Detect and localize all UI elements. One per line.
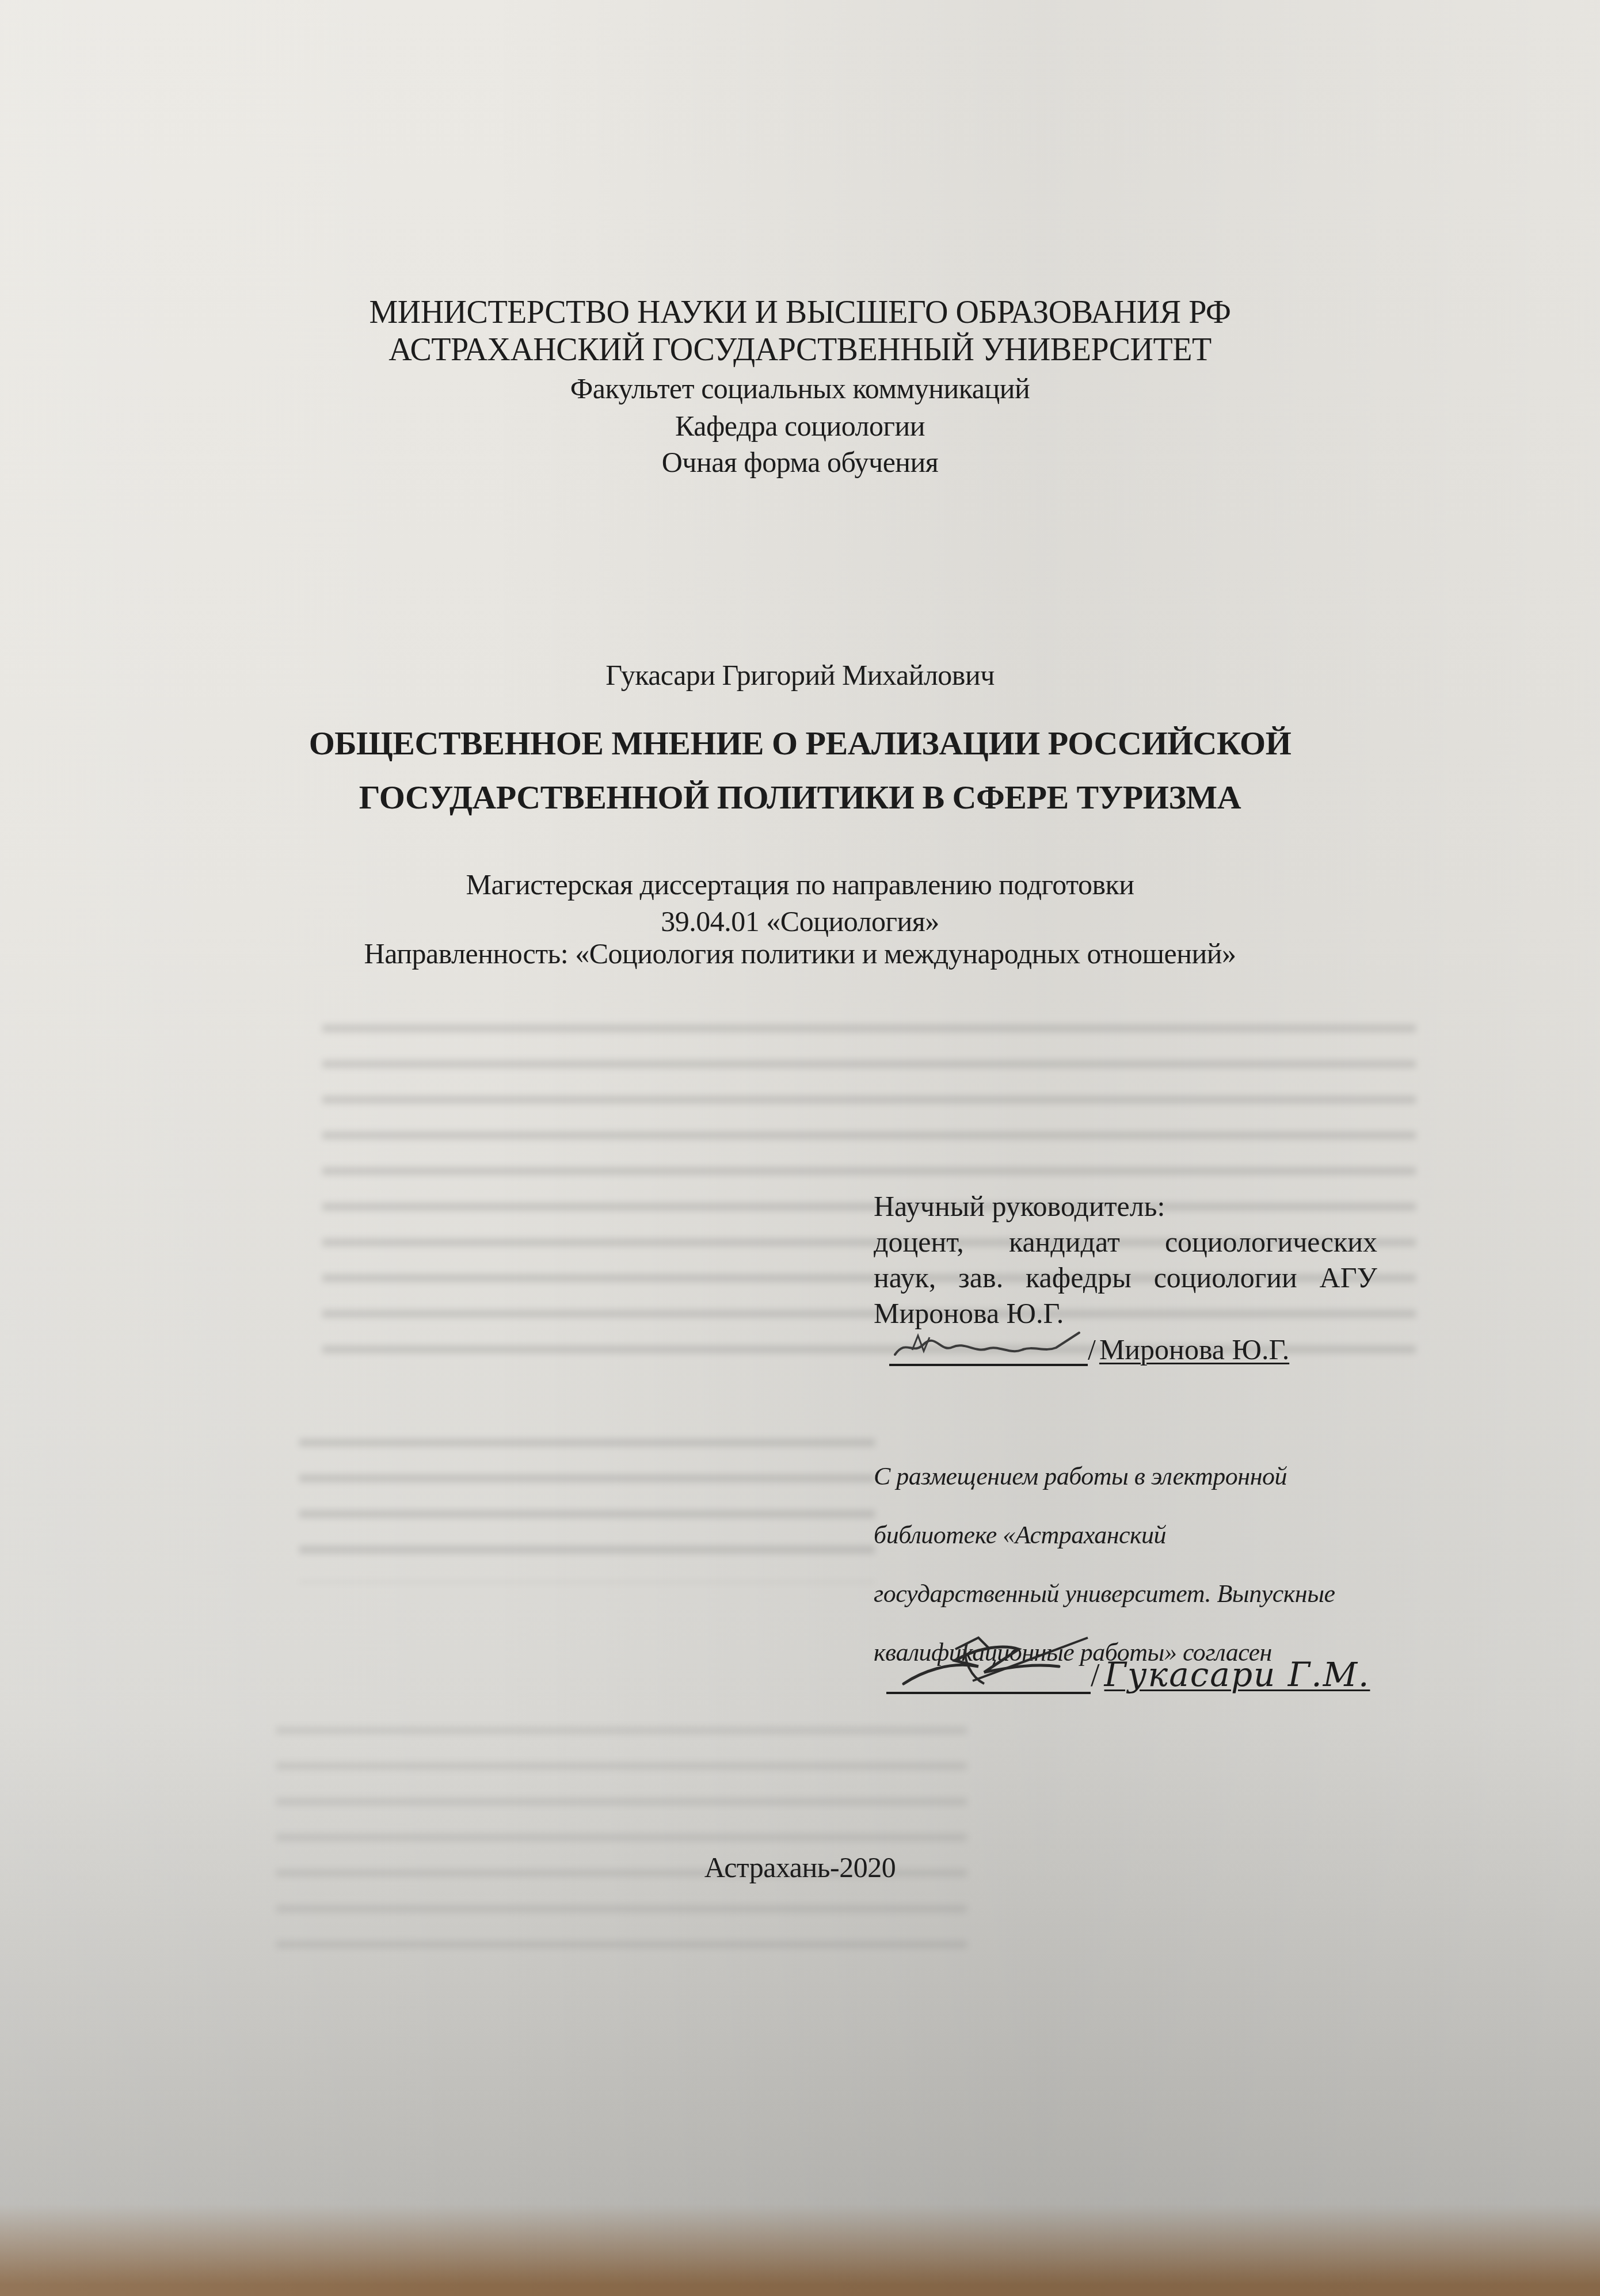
signature-scribble-icon: [886, 1626, 1094, 1689]
author-signature-row: / Гукасари Г.М.: [886, 1634, 1370, 1694]
supervisor-signature-separator: /: [1088, 1333, 1096, 1366]
supervisor-block: Научный руководитель: доцент, кандидат с…: [874, 1188, 1377, 1331]
supervisor-signature-line: [889, 1324, 1088, 1366]
work-type-line-1: Магистерская диссертация по направлению …: [0, 870, 1600, 899]
city-year: Астрахань-2020: [0, 1853, 1600, 1882]
study-form: Очная форма обучения: [0, 448, 1600, 476]
university-heading: АСТРАХАНСКИЙ ГОСУДАРСТВЕННЫЙ УНИВЕРСИТЕТ: [0, 334, 1600, 366]
supervisor-signature-name: Миронова Ю.Г.: [1099, 1333, 1289, 1366]
consent-line-2: библиотеке «Астраханский: [874, 1506, 1420, 1565]
signature-scribble-icon: [889, 1327, 1085, 1361]
thesis-title-line-1: ОБЩЕСТВЕННОЕ МНЕНИЕ О РЕАЛИЗАЦИИ РОССИЙС…: [0, 724, 1600, 762]
supervisor-signature-row: / Миронова Ю.Г.: [889, 1324, 1289, 1366]
bleed-through: [299, 1439, 875, 1582]
bleed-through: [276, 1726, 967, 1956]
supervisor-title-line-2: наук, зав. кафедры социологии АГУ: [874, 1260, 1377, 1295]
author-signature-name: Гукасари Г.М.: [1104, 1655, 1370, 1694]
author-signature-line: [886, 1634, 1091, 1694]
work-type-specialization: Направленность: «Социология политики и м…: [0, 939, 1600, 968]
department-name: Кафедра социологии: [0, 411, 1600, 440]
ministry-heading: МИНИСТЕРСТВО НАУКИ И ВЫСШЕГО ОБРАЗОВАНИЯ…: [0, 296, 1600, 329]
consent-line-1: С размещением работы в электронной: [874, 1447, 1420, 1506]
supervisor-title-line-1: доцент, кандидат социологических: [874, 1224, 1377, 1260]
work-type-code: 39.04.01 «Социология»: [0, 907, 1600, 936]
faculty-name: Факультет социальных коммуникаций: [0, 374, 1600, 403]
consent-line-3: государственный университет. Выпускные: [874, 1565, 1420, 1623]
supervisor-label: Научный руководитель:: [874, 1188, 1377, 1224]
thesis-title-line-2: ГОСУДАРСТВЕННОЙ ПОЛИТИКИ В СФЕРЕ ТУРИЗМА: [0, 778, 1600, 817]
author-name: Гукасари Григорий Михайлович: [0, 661, 1600, 689]
